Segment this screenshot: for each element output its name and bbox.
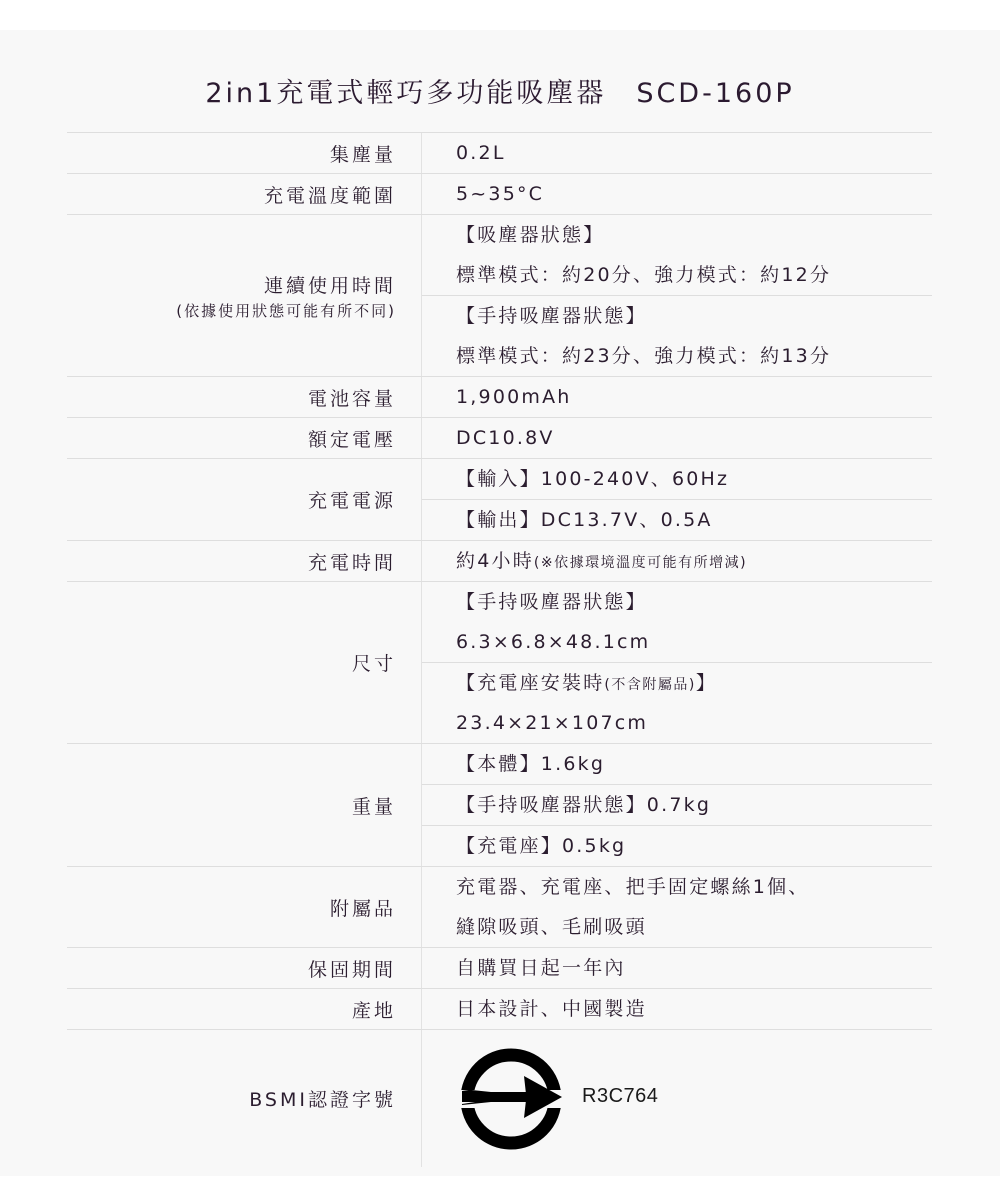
spec-label: 保固期間	[67, 948, 422, 988]
spec-value: 【輸入】100-240V、60Hz	[422, 459, 932, 499]
label-text: 充電電源	[308, 486, 396, 513]
value-main: 約4小時	[456, 550, 534, 572]
spec-value: 約4小時(※依據環境溫度可能有所增減)	[422, 541, 932, 581]
spec-values: 【吸塵器狀態】 標準模式：約20分、強力模式：約12分 【手持吸塵器狀態】 標準…	[422, 215, 932, 376]
spec-values: 自購買日起一年內	[422, 948, 932, 988]
value-group: 【充電座安裝時(不含附屬品)】 23.4×21×107cm	[422, 662, 932, 743]
label-text: 產地	[352, 996, 396, 1023]
spec-values: 日本設計、中國製造	[422, 989, 932, 1029]
spec-row-runtime: 連續使用時間 (依據使用狀態可能有所不同) 【吸塵器狀態】 標準模式：約20分、…	[67, 214, 932, 376]
spec-value: 0.2L	[422, 133, 932, 173]
spec-values: 【輸入】100-240V、60Hz 【輸出】DC13.7V、0.5A	[422, 459, 932, 540]
spec-value: 23.4×21×107cm	[422, 703, 932, 743]
spec-row-rated-voltage: 額定電壓 DC10.8V	[67, 417, 932, 458]
spec-row-charging-temperature: 充電溫度範圍 5~35°C	[67, 173, 932, 214]
spec-row-charging-power: 充電電源 【輸入】100-240V、60Hz 【輸出】DC13.7V、0.5A	[67, 458, 932, 540]
spec-label: BSMI認證字號	[67, 1030, 422, 1167]
spec-row-battery-capacity: 電池容量 1,900mAh	[67, 376, 932, 417]
label-text: 集塵量	[330, 140, 396, 167]
spec-row-dimensions: 尺寸 【手持吸塵器狀態】 6.3×6.8×48.1cm 【充電座安裝時(不含附屬…	[67, 581, 932, 743]
spec-values: 0.2L	[422, 133, 932, 173]
spec-values: 約4小時(※依據環境溫度可能有所增減)	[422, 541, 932, 581]
spec-value: 標準模式：約20分、強力模式：約12分	[422, 255, 932, 295]
spec-label: 尺寸	[67, 582, 422, 743]
spec-label: 充電電源	[67, 459, 422, 540]
spec-label: 重量	[67, 744, 422, 866]
spec-row-weight: 重量 【本體】1.6kg 【手持吸塵器狀態】0.7kg 【充電座】0.5kg	[67, 743, 932, 866]
spec-value: 日本設計、中國製造	[422, 989, 932, 1029]
spec-value: 【本體】1.6kg	[422, 744, 932, 784]
spec-values: DC10.8V	[422, 418, 932, 458]
spec-value: 【手持吸塵器狀態】	[422, 296, 932, 336]
spec-row-origin: 產地 日本設計、中國製造	[67, 988, 932, 1029]
spec-values: 1,900mAh	[422, 377, 932, 417]
label-text: 附屬品	[330, 894, 396, 921]
label-text: 尺寸	[352, 649, 396, 676]
spec-table: 集塵量 0.2L 充電溫度範圍 5~35°C 連續使用時間 (依據使用狀態可能有…	[67, 132, 932, 1167]
bsmi-mark-icon	[458, 1046, 564, 1152]
value-note: (不含附屬品)	[604, 677, 695, 693]
spec-label: 充電溫度範圍	[67, 174, 422, 214]
spec-row-accessories: 附屬品 充電器、充電座、把手固定螺絲1個、 縫隙吸頭、毛刷吸頭	[67, 866, 932, 947]
spec-label: 電池容量	[67, 377, 422, 417]
label-text: 充電時間	[308, 548, 396, 575]
spec-value: DC10.8V	[422, 418, 932, 458]
label-text: 重量	[352, 792, 396, 819]
spec-values: 充電器、充電座、把手固定螺絲1個、 縫隙吸頭、毛刷吸頭	[422, 867, 932, 947]
spec-row-dust-capacity: 集塵量 0.2L	[67, 132, 932, 173]
spec-value: 【輸出】DC13.7V、0.5A	[422, 500, 932, 540]
spec-value: 6.3×6.8×48.1cm	[422, 622, 932, 662]
label-subtext: (依據使用狀態可能有所不同)	[176, 300, 396, 321]
label-text: 電池容量	[308, 384, 396, 411]
spec-value: 【手持吸塵器狀態】	[422, 582, 932, 622]
spec-values: 【本體】1.6kg 【手持吸塵器狀態】0.7kg 【充電座】0.5kg	[422, 744, 932, 866]
spec-label: 連續使用時間 (依據使用狀態可能有所不同)	[67, 215, 422, 376]
spec-value: 縫隙吸頭、毛刷吸頭	[422, 907, 932, 947]
spec-value: 充電器、充電座、把手固定螺絲1個、	[422, 867, 932, 907]
spec-values: 5~35°C	[422, 174, 932, 214]
spec-value: 標準模式：約23分、強力模式：約13分	[422, 336, 932, 376]
spec-row-warranty: 保固期間 自購買日起一年內	[67, 947, 932, 988]
spec-value: 【充電座】0.5kg	[422, 826, 932, 866]
label-text: 連續使用時間	[264, 271, 396, 298]
spec-label: 附屬品	[67, 867, 422, 947]
value-group: 【手持吸塵器狀態】 6.3×6.8×48.1cm	[422, 582, 932, 662]
spec-value: 【充電座安裝時(不含附屬品)】	[422, 663, 932, 703]
page-title: 2in1充電式輕巧多功能吸塵器 SCD-160P	[0, 74, 1000, 114]
label-text: 充電溫度範圍	[264, 181, 396, 208]
spec-value: 5~35°C	[422, 174, 932, 214]
value-head: 【充電座安裝時	[456, 672, 604, 694]
spec-value: 1,900mAh	[422, 377, 932, 417]
spec-row-bsmi: BSMI認證字號 R3C764	[67, 1029, 932, 1167]
value-tail: 】	[696, 672, 717, 694]
spec-label: 集塵量	[67, 133, 422, 173]
spec-row-charging-time: 充電時間 約4小時(※依據環境溫度可能有所增減)	[67, 540, 932, 581]
spec-value: 【手持吸塵器狀態】0.7kg	[422, 785, 932, 825]
spec-label: 額定電壓	[67, 418, 422, 458]
label-text: 額定電壓	[308, 425, 396, 452]
label-text: BSMI認證字號	[249, 1085, 396, 1112]
spec-values: 【手持吸塵器狀態】 6.3×6.8×48.1cm 【充電座安裝時(不含附屬品)】…	[422, 582, 932, 743]
spec-label: 充電時間	[67, 541, 422, 581]
label-text: 保固期間	[308, 955, 396, 982]
value-group: 【手持吸塵器狀態】 標準模式：約23分、強力模式：約13分	[422, 295, 932, 376]
value-group: 【吸塵器狀態】 標準模式：約20分、強力模式：約12分	[422, 215, 932, 295]
bsmi-code: R3C764	[582, 1085, 658, 1108]
spec-value: 【吸塵器狀態】	[422, 215, 932, 255]
spec-values: R3C764	[422, 1030, 932, 1167]
bsmi-cell: R3C764	[422, 1030, 932, 1167]
spec-label: 產地	[67, 989, 422, 1029]
value-note: (※依據環境溫度可能有所增減)	[534, 555, 747, 571]
spec-value: 自購買日起一年內	[422, 948, 932, 988]
